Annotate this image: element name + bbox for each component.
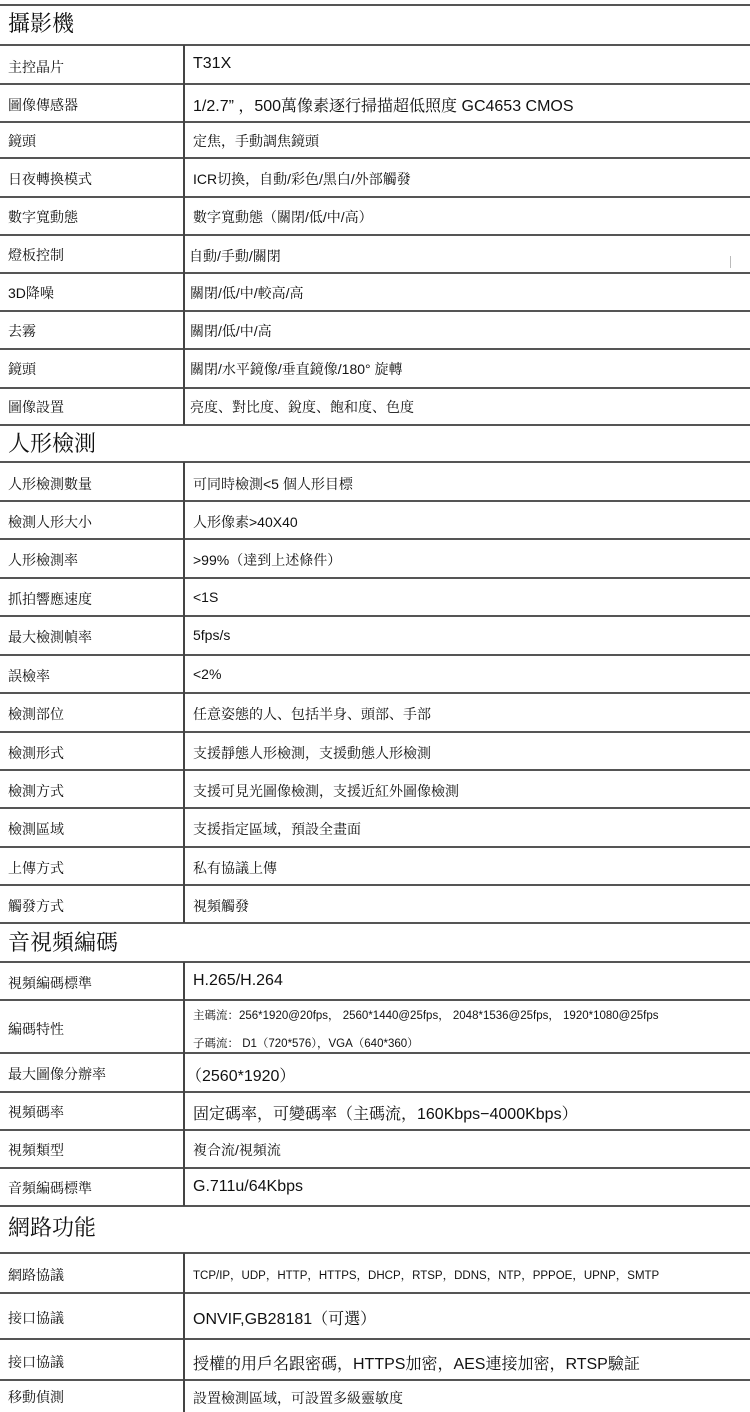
spec-label: 檢測人形大小: [8, 512, 92, 532]
spec-value: 關閉/低/中/高: [190, 321, 272, 341]
spec-label: 最大圖像分辦率: [8, 1064, 106, 1084]
divider: [0, 1205, 750, 1207]
spec-label: 燈板控制: [8, 245, 64, 265]
spec-label: 視頻編碼標準: [8, 973, 92, 993]
spec-label: 鏡頭: [8, 131, 36, 151]
spec-label: 接口協議: [8, 1308, 64, 1328]
divider: [0, 1379, 750, 1381]
divider: [0, 1052, 750, 1054]
spec-value: H.265/H.264: [193, 972, 283, 990]
spec-value: 視頻觸發: [193, 896, 249, 916]
spec-label: 去霧: [8, 321, 36, 341]
divider: [0, 196, 750, 198]
spec-value: ICR切換，自動/彩色/黑白/外部觸發: [193, 169, 411, 189]
divider: [0, 1292, 750, 1294]
spec-value: ONVIF,GB28181（可選）: [193, 1306, 376, 1329]
column-divider: [183, 462, 185, 923]
spec-label: 誤檢率: [8, 666, 50, 686]
spec-label: 音頻編碼標準: [8, 1178, 92, 1198]
spec-label: 網路協議: [8, 1265, 64, 1285]
spec-value: 5fps/s: [193, 627, 230, 643]
divider: [0, 348, 750, 350]
spec-value: >99%（達到上述條件）: [193, 550, 341, 570]
spec-value: <2%: [193, 666, 221, 682]
spec-value: 關閉/低/中/較高/高: [190, 283, 304, 303]
spec-value: 授權的用戶名跟密碼，HTTPS加密，AES連接加密，RTSP驗証: [193, 1351, 640, 1374]
spec-value: 固定碼率，可變碼率（主碼流，160Kbps−4000Kbps）: [193, 1101, 578, 1124]
section-title-camera: 攝影機: [8, 13, 74, 35]
section-title-av-encoding: 音視頻編碼: [8, 932, 118, 954]
spec-value: （2560*1920）: [186, 1063, 295, 1086]
spec-value: 1/2.7” ，500萬像素逐行掃描超低照度 GC4653 CMOS: [193, 93, 574, 116]
divider: [0, 692, 750, 694]
spec-label: 視頻碼率: [8, 1102, 64, 1122]
divider: [0, 961, 750, 963]
divider: [0, 654, 750, 656]
spec-value: 自動/手動/關閉: [189, 246, 281, 266]
section-title-network: 網路功能: [8, 1217, 96, 1239]
spec-label: 人形檢測數量: [8, 474, 92, 494]
divider: [0, 577, 750, 579]
spec-label: 主控晶片: [8, 57, 64, 77]
column-divider: [183, 45, 185, 425]
spec-label: 數字寬動態: [8, 207, 78, 227]
divider: [0, 83, 750, 85]
spec-value: TCP/IP，UDP，HTTP，HTTPS，DHCP，RTSP，DDNS，NTP…: [193, 1267, 659, 1283]
spec-value: 定焦，手動調焦鏡頭: [193, 131, 319, 151]
spec-value: 任意姿態的人、包括半身、頭部、手部: [193, 704, 431, 724]
spec-value: 人形像素>40X40: [193, 512, 298, 532]
spec-label: 接口協議: [8, 1352, 64, 1372]
spec-label: 日夜轉換模式: [8, 169, 92, 189]
divider: [0, 4, 750, 6]
spec-label: 上傳方式: [8, 858, 64, 878]
divider: [0, 1252, 750, 1254]
spec-label: 移動偵測: [8, 1387, 64, 1407]
spec-label: 抓拍響應速度: [8, 589, 92, 609]
divider: [0, 121, 750, 123]
divider: [0, 310, 750, 312]
spec-label: 觸發方式: [8, 896, 64, 916]
divider: [0, 1129, 750, 1131]
spec-value: <1S: [193, 589, 218, 605]
spec-value: 支援可見光圖像檢測，支援近紅外圖像檢測: [193, 781, 459, 801]
spec-label: 視頻類型: [8, 1140, 64, 1160]
spec-label: 圖像傳感器: [8, 95, 78, 115]
divider: [0, 884, 750, 886]
spec-label: 最大檢測幀率: [8, 627, 92, 647]
spec-label: 編碼特性: [8, 1019, 64, 1039]
spec-value: 私有協議上傳: [193, 858, 277, 878]
divider: [0, 615, 750, 617]
divider: [0, 731, 750, 733]
column-divider: [183, 962, 185, 1206]
divider: [0, 922, 750, 924]
divider: [0, 1338, 750, 1340]
divider: [0, 500, 750, 502]
spec-value: T31X: [193, 55, 231, 73]
column-divider: [183, 1253, 185, 1412]
spec-value: 支援靜態人形檢測，支援動態人形檢測: [193, 743, 431, 763]
spec-value: 設置檢測區域，可設置多級靈敏度: [193, 1388, 403, 1408]
divider: [0, 807, 750, 809]
divider: [0, 272, 750, 274]
divider: [0, 461, 750, 463]
divider: [0, 999, 750, 1001]
spec-value: 可同時檢測<5 個人形目標: [193, 474, 353, 494]
spec-label: 人形檢測率: [8, 550, 78, 570]
divider: [0, 538, 750, 540]
divider: [0, 424, 750, 426]
divider: [0, 387, 750, 389]
spec-value-secondary: 子碼流： D1（720*576），VGA（640*360）: [193, 1035, 419, 1051]
spec-label: 3D降噪: [8, 283, 54, 303]
spec-label: 圖像設置: [8, 397, 64, 417]
divider: [0, 769, 750, 771]
divider: [0, 234, 750, 236]
spec-label: 檢測區域: [8, 819, 64, 839]
spec-label: 鏡頭: [8, 359, 36, 379]
divider: [0, 157, 750, 159]
spec-label: 檢測形式: [8, 743, 64, 763]
spec-value: G.711u/64Kbps: [193, 1178, 303, 1196]
spec-value: 亮度、對比度、銳度、飽和度、色度: [190, 397, 414, 417]
spec-value: 數字寬動態（關閉/低/中/高）: [193, 207, 373, 227]
section-title-human-detection: 人形檢測: [8, 433, 96, 455]
spec-label: 檢測方式: [8, 781, 64, 801]
spec-value: 複合流/視頻流: [193, 1140, 281, 1160]
spec-value: 支援指定區域，預設全畫面: [193, 819, 361, 839]
spec-label: 檢測部位: [8, 704, 64, 724]
divider: [0, 1091, 750, 1093]
spec-value: 關閉/水平鏡像/垂直鏡像/180° 旋轉: [190, 359, 403, 379]
spec-value: 主碼流：256*1920@20fps， 2560*1440@25fps， 204…: [193, 1007, 658, 1023]
divider: [0, 1167, 750, 1169]
stray-mark: [730, 256, 731, 268]
divider: [0, 44, 750, 46]
divider: [0, 846, 750, 848]
